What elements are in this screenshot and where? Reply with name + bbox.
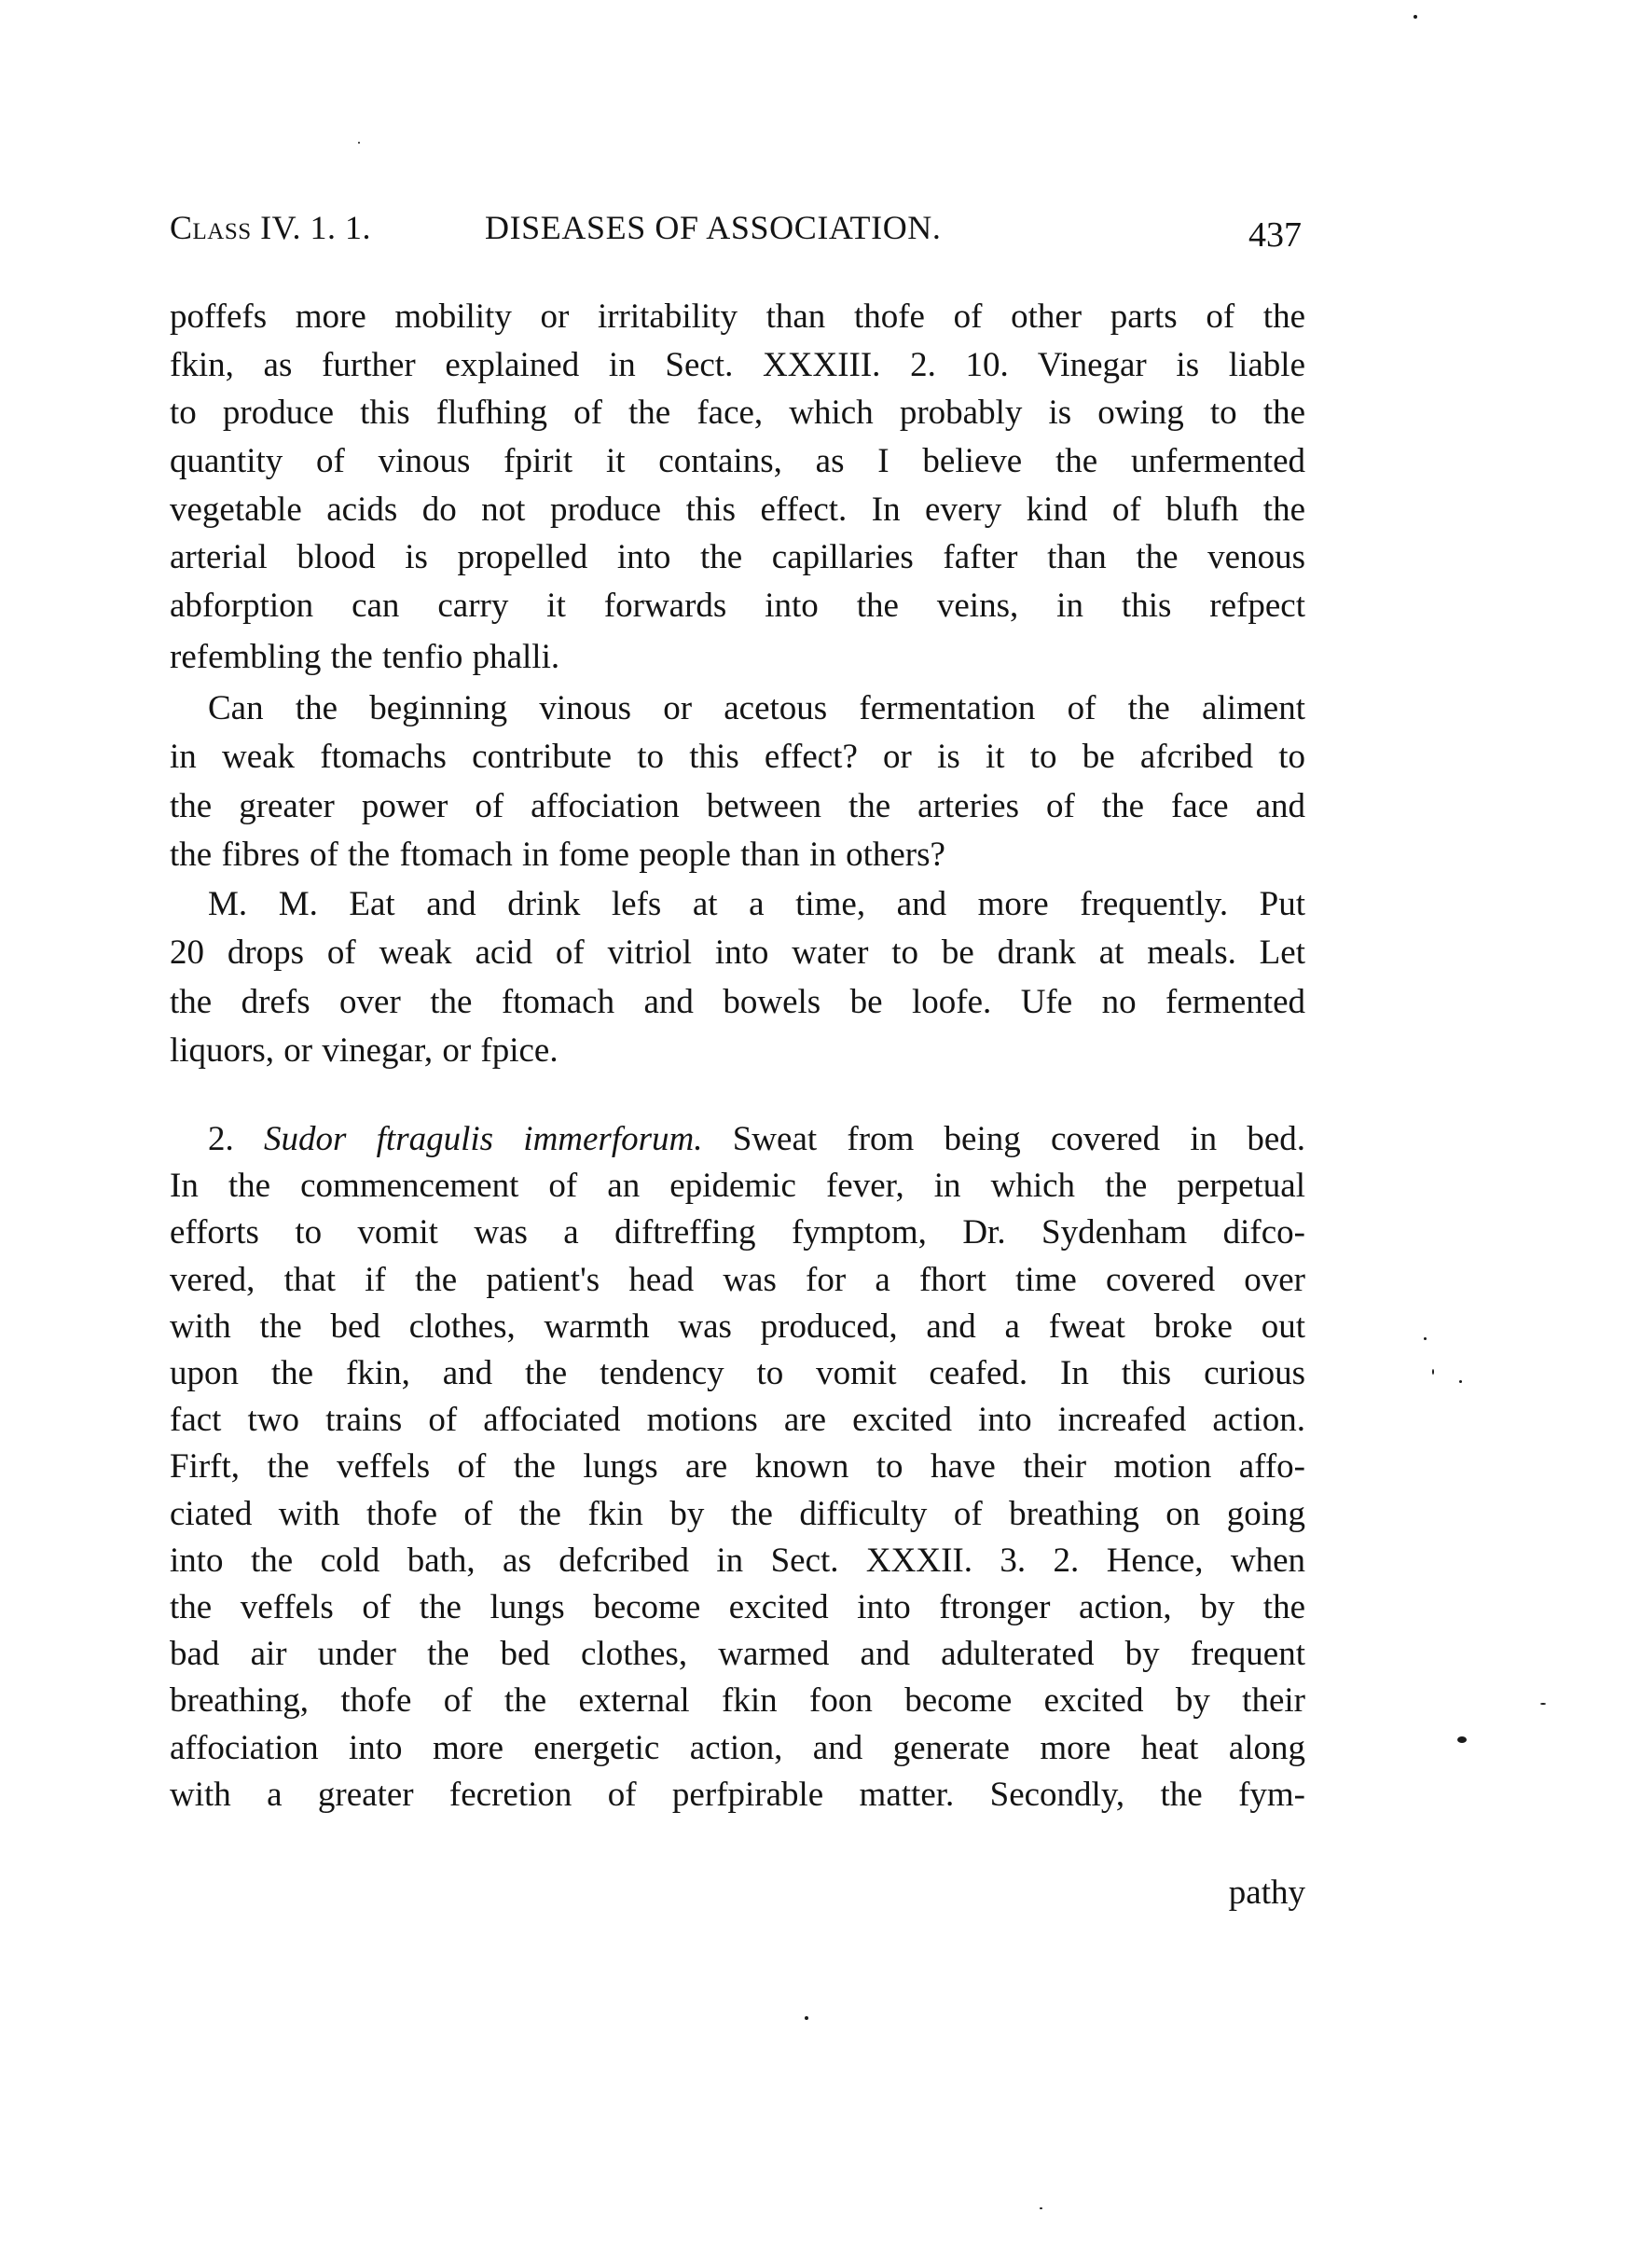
text-line: efforts to vomit was a diftreffing fympt… (170, 1212, 1305, 1253)
text-line: arterial blood is propelled into the cap… (170, 537, 1305, 578)
text-line: liquors, or vinegar, or fpice. (170, 1030, 1305, 1072)
text-line: to produce this flufhing of the face, wh… (170, 393, 1305, 434)
scan-speck (1413, 15, 1417, 19)
section-number: 2. (208, 1120, 234, 1158)
text-line: ciated with thofe of the fkin by the dif… (170, 1494, 1305, 1535)
text-line: refembling the tenfio phalli. (170, 637, 1305, 678)
text-line: into the cold bath, as defcribed in Sect… (170, 1541, 1305, 1582)
text-line: with a greater fecretion of perfpirable … (170, 1775, 1305, 1816)
text-line: M. M. Eat and drink lefs at a time, and … (208, 884, 1305, 925)
text-line: the veffels of the lungs become excited … (170, 1587, 1305, 1628)
section-heading-line: 2. Sudor ftragulis immerforum. Sweat fro… (208, 1119, 1305, 1160)
section-heading-rest: Sweat from being covered in bed. (733, 1120, 1305, 1158)
class-label: Class IV. 1. 1. (170, 207, 371, 248)
class-number: IV. 1. 1. (260, 209, 371, 246)
text-line: upon the fkin, and the tendency to vomit… (170, 1353, 1305, 1394)
scan-speck (805, 2016, 808, 2020)
text-line: bad air under the bed clothes, warmed an… (170, 1634, 1305, 1675)
page-number: 437 (1248, 214, 1302, 256)
text-line: Can the beginning vinous or acetous ferm… (208, 688, 1305, 729)
text-line: abforption can carry it forwards into th… (170, 586, 1305, 627)
text-line: vegetable acids do not produce this effe… (170, 490, 1305, 531)
section-latin-title: Sudor ftragulis immerforum. (264, 1120, 702, 1158)
text-line: the fibres of the ftomach in fome people… (170, 835, 1305, 876)
scan-speck (358, 142, 360, 144)
text-line: poffefs more mobility or irritability th… (170, 297, 1305, 338)
scan-speck (1540, 1703, 1546, 1705)
text-line: the drefs over the ftomach and bowels be… (170, 982, 1305, 1023)
text-line: affociation into more energetic action, … (170, 1728, 1305, 1769)
text-line: fact two trains of affociated motions ar… (170, 1400, 1305, 1441)
scan-speck (1432, 1369, 1434, 1375)
class-label-rest: lass (193, 209, 252, 246)
text-line: In the commencement of an epidemic fever… (170, 1166, 1305, 1207)
text-line: vered, that if the patient's head was fo… (170, 1260, 1305, 1301)
scan-speck (1457, 1736, 1467, 1743)
text-line: the greater power of affociation between… (170, 786, 1305, 827)
book-page: Class IV. 1. 1. DISEASES OF ASSOCIATION.… (0, 0, 1641, 2268)
scan-speck (1459, 1380, 1462, 1383)
chapter-title: DISEASES OF ASSOCIATION. (485, 207, 941, 248)
scan-speck (1040, 2207, 1042, 2209)
text-line: Firft, the veffels of the lungs are know… (170, 1446, 1305, 1487)
text-line: fkin, as further explained in Sect. XXXI… (170, 345, 1305, 386)
text-line: quantity of vinous fpirit it contains, a… (170, 441, 1305, 482)
text-line: breathing, thofe of the external fkin fo… (170, 1680, 1305, 1722)
scan-speck (1424, 1337, 1427, 1340)
class-label-cap: C (170, 209, 193, 246)
text-line: in weak ftomachs contribute to this effe… (170, 737, 1305, 778)
running-head: Class IV. 1. 1. DISEASES OF ASSOCIATION.… (170, 207, 1305, 254)
text-line: with the bed clothes, warmth was produce… (170, 1307, 1305, 1348)
text-line: 20 drops of weak acid of vitriol into wa… (170, 933, 1305, 974)
catchword: pathy (1229, 1873, 1305, 1914)
